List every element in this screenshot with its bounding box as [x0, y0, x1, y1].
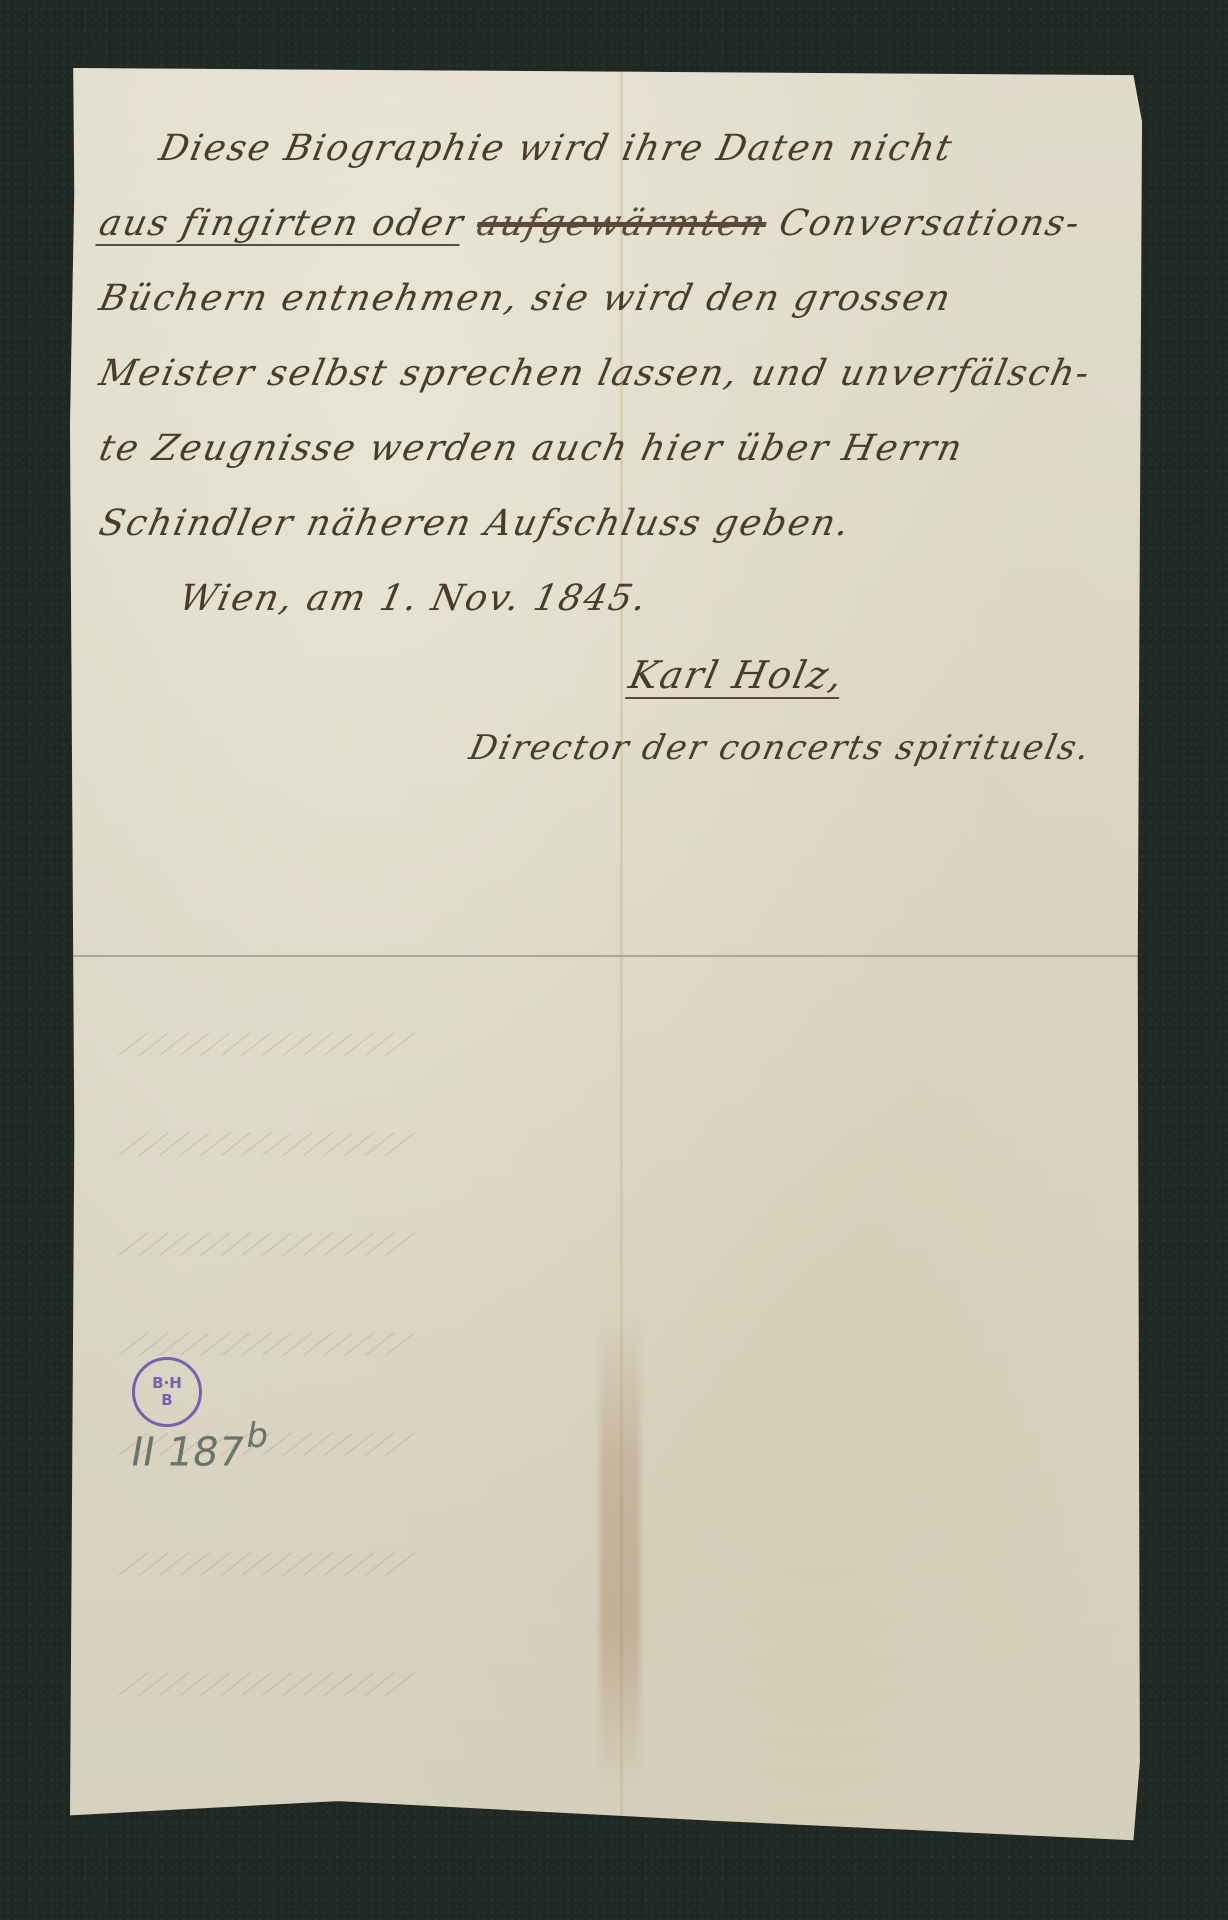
catalog-number: 187	[163, 1429, 247, 1475]
text-line-2: aus fingirten oder aufgewärmten Conversa…	[96, 203, 1085, 244]
text-line-4: Meister selbst sprechen lassen, und unve…	[96, 353, 1095, 394]
stamp-line-2: B	[161, 1392, 172, 1409]
place-and-date: Wien, am 1. Nov. 1845.	[176, 578, 652, 619]
text-line-5: te Zeugnisse werden auch hier über Herrn	[96, 428, 968, 469]
signature: Karl Holz,	[625, 653, 848, 697]
bleed-through-text: ⁄ ⁄ ⁄ ⁄ ⁄ ⁄ ⁄ ⁄ ⁄ ⁄ ⁄ ⁄ ⁄ ⁄	[122, 1548, 413, 1583]
bleed-through-text: ⁄ ⁄ ⁄ ⁄ ⁄ ⁄ ⁄ ⁄ ⁄ ⁄ ⁄ ⁄ ⁄ ⁄	[122, 1228, 413, 1263]
manuscript-page: ⁄ ⁄ ⁄ ⁄ ⁄ ⁄ ⁄ ⁄ ⁄ ⁄ ⁄ ⁄ ⁄ ⁄ ⁄ ⁄ ⁄ ⁄ ⁄ ⁄ …	[70, 68, 1142, 1851]
text-line-6: Schindler näheren Aufschluss geben.	[96, 503, 855, 544]
text-line-2-end: Conversations-	[775, 203, 1084, 244]
text-line-3: Büchern entnehmen, sie wird den grossen	[96, 278, 956, 319]
bleed-through-text: ⁄ ⁄ ⁄ ⁄ ⁄ ⁄ ⁄ ⁄ ⁄ ⁄ ⁄ ⁄ ⁄ ⁄	[122, 1028, 413, 1063]
bleed-through-text: ⁄ ⁄ ⁄ ⁄ ⁄ ⁄ ⁄ ⁄ ⁄ ⁄ ⁄ ⁄ ⁄ ⁄	[122, 1128, 413, 1163]
library-stamp: B·H B	[132, 1357, 202, 1427]
ink-stain	[600, 1308, 640, 1788]
stamp-line-1: B·H	[152, 1375, 182, 1392]
signer-title: Director der concerts spirituels.	[466, 728, 1095, 768]
horizontal-fold-crease	[70, 955, 1142, 957]
text-line-1: Diese Biographie wird ihre Daten nicht	[156, 128, 957, 169]
struck-word: aufgewärmten	[473, 203, 771, 244]
catalog-mark: II 187b	[127, 1420, 271, 1475]
bleed-through-text: ⁄ ⁄ ⁄ ⁄ ⁄ ⁄ ⁄ ⁄ ⁄ ⁄ ⁄ ⁄ ⁄ ⁄	[122, 1668, 413, 1703]
underlined-phrase: aus fingirten oder	[95, 203, 468, 246]
signature-text: Karl Holz,	[625, 653, 848, 699]
